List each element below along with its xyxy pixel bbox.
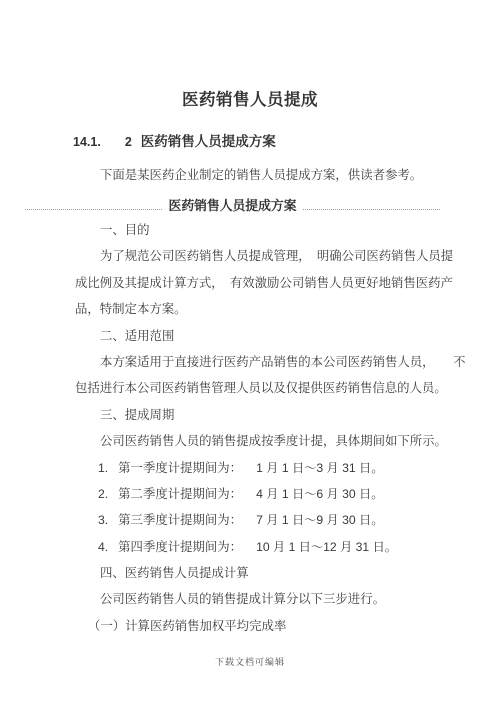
list-item-value: 1 月 1 日～3 月 31 日。	[256, 461, 383, 475]
chapter-heading-text: 医药销售人员提成方案	[141, 134, 276, 150]
chapter-subnumber: 2	[125, 135, 132, 149]
section-heading: 四、医药销售人员提成计算	[75, 560, 499, 586]
list-item-label: 第四季度计提期间为：	[118, 539, 242, 554]
dotted-rule-heading: 医药销售人员提成方案	[25, 194, 440, 210]
section-heading: 三、提成周期	[75, 402, 499, 428]
sub-heading: （一）计算医药销售加权平均完成率	[75, 613, 499, 639]
list-item: 4.第四季度计提期间为：10 月 1 日～12 月 31 日。	[75, 534, 499, 560]
intro-paragraph: 下面是某医药企业制定的销售人员提成方案，供读者参考。	[75, 165, 495, 183]
list-item-number: 4.	[98, 540, 108, 554]
section-heading: 一、目的	[75, 217, 499, 243]
list-item: 3.第三季度计提期间为：7 月 1 日～9 月 30 日。	[75, 507, 499, 533]
paragraph-line: 为了规范公司医药销售人员提成管理， 明确公司医药销售人员提	[75, 243, 499, 269]
paragraph-line: 公司医药销售人员的销售提成计算分以下三步进行。	[75, 586, 499, 612]
list-item-number: 1.	[98, 461, 108, 475]
chapter-number: 14.1.	[73, 135, 101, 149]
document-page: 医药销售人员提成 14.1.2医药销售人员提成方案 下面是某医药企业制定的销售人…	[0, 0, 500, 708]
list-item: 1.第一季度计提期间为：1 月 1 日～3 月 31 日。	[75, 455, 499, 481]
paragraph-line: 成比例及其提成计算方式， 有效激励公司销售人员更好地销售医药产	[75, 270, 499, 296]
dotted-heading-text: 医药销售人员提成方案	[163, 199, 303, 215]
list-item-number: 3.	[98, 513, 108, 527]
list-item-value: 7 月 1 日～9 月 30 日。	[256, 513, 383, 527]
list-item-label: 第一季度计提期间为：	[118, 460, 242, 475]
document-body: 一、目的为了规范公司医药销售人员提成管理， 明确公司医药销售人员提成比例及其提成…	[75, 217, 499, 639]
list-item-value: 10 月 1 日～12 月 31 日。	[256, 540, 397, 554]
paragraph-line: 公司医药销售人员的销售提成按季度计提，具体期间如下所示。	[75, 428, 499, 454]
paragraph-line: 包括进行本公司医药销售管理人员以及仅提供医药销售信息的人员。	[75, 375, 499, 401]
list-item-label: 第二季度计提期间为：	[118, 486, 242, 501]
list-item-number: 2.	[98, 487, 108, 501]
footer-watermark: 下载文档可编辑	[0, 655, 500, 668]
page-title: 医药销售人员提成	[0, 86, 500, 110]
chapter-heading: 14.1.2医药销售人员提成方案	[73, 130, 276, 150]
section-heading: 二、适用范围	[75, 323, 499, 349]
paragraph-line: 品，特制定本方案。	[75, 296, 499, 322]
paragraph-line: 本方案适用于直接进行医药产品销售的本公司医药销售人员， 不	[75, 349, 499, 375]
list-item-label: 第三季度计提期间为：	[118, 512, 242, 527]
list-item: 2.第二季度计提期间为：4 月 1 日～6 月 30 日。	[75, 481, 499, 507]
list-item-value: 4 月 1 日～6 月 30 日。	[256, 487, 383, 501]
